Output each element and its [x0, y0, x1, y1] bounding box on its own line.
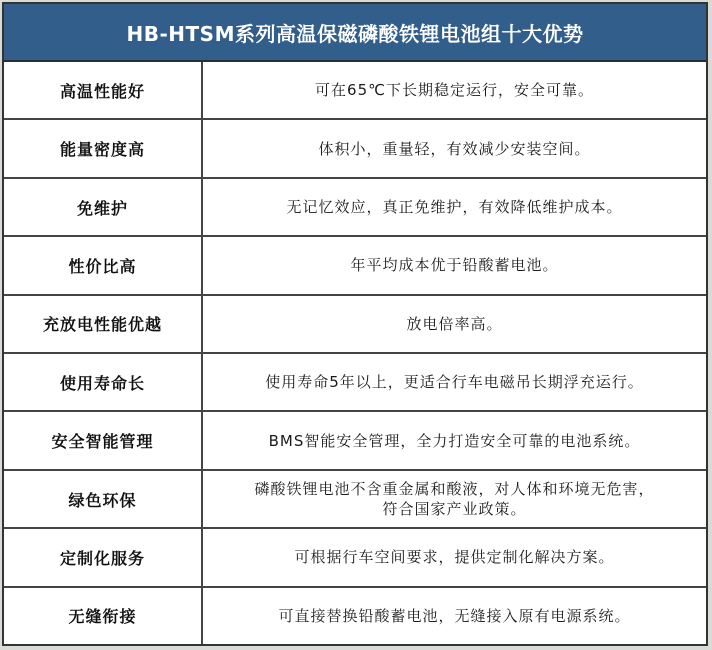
advantage-label: 充放电性能优越: [4, 296, 203, 352]
table-row: 能量密度高 体积小，重量轻，有效减少安装空间。: [4, 120, 706, 178]
advantage-label: 定制化服务: [4, 529, 203, 585]
advantage-description: 年平均成本优于铅酸蓄电池。: [203, 237, 706, 293]
table-row: 定制化服务 可根据行车空间要求，提供定制化解决方案。: [4, 529, 706, 587]
advantage-label: 绿色环保: [4, 471, 203, 527]
advantage-description: BMS智能安全管理，全力打造安全可靠的电池系统。: [203, 412, 706, 468]
table-row: 安全智能管理 BMS智能安全管理，全力打造安全可靠的电池系统。: [4, 412, 706, 470]
advantage-label: 安全智能管理: [4, 412, 203, 468]
advantage-label: 高温性能好: [4, 62, 203, 118]
advantages-table: HB-HTSM系列高温保磁磷酸铁锂电池组十大优势 高温性能好 可在65℃下长期稳…: [2, 2, 708, 646]
advantage-label: 能量密度高: [4, 120, 203, 176]
table-row: 充放电性能优越 放电倍率高。: [4, 296, 706, 354]
advantage-description: 可根据行车空间要求，提供定制化解决方案。: [203, 529, 706, 585]
table-row: 性价比高 年平均成本优于铅酸蓄电池。: [4, 237, 706, 295]
advantage-description: 放电倍率高。: [203, 296, 706, 352]
table-row: 绿色环保 磷酸铁锂电池不含重金属和酸液，对人体和环境无危害， 符合国家产业政策。: [4, 471, 706, 529]
advantage-description: 使用寿命5年以上，更适合行车电磁吊长期浮充运行。: [203, 354, 706, 410]
table-row: 使用寿命长 使用寿命5年以上，更适合行车电磁吊长期浮充运行。: [4, 354, 706, 412]
advantage-label: 使用寿命长: [4, 354, 203, 410]
advantage-label: 性价比高: [4, 237, 203, 293]
advantage-description: 磷酸铁锂电池不含重金属和酸液，对人体和环境无危害， 符合国家产业政策。: [203, 471, 706, 527]
advantage-description: 体积小，重量轻，有效减少安装空间。: [203, 120, 706, 176]
table-row: 高温性能好 可在65℃下长期稳定运行，安全可靠。: [4, 62, 706, 120]
advantage-description: 可直接替换铅酸蓄电池，无缝接入原有电源系统。: [203, 588, 706, 644]
advantage-description: 无记忆效应，真正免维护，有效降低维护成本。: [203, 179, 706, 235]
table-title: HB-HTSM系列高温保磁磷酸铁锂电池组十大优势: [4, 4, 706, 62]
advantage-label: 免维护: [4, 179, 203, 235]
advantage-description: 可在65℃下长期稳定运行，安全可靠。: [203, 62, 706, 118]
advantage-label: 无缝衔接: [4, 588, 203, 644]
table-row: 无缝衔接 可直接替换铅酸蓄电池，无缝接入原有电源系统。: [4, 588, 706, 644]
table-row: 免维护 无记忆效应，真正免维护，有效降低维护成本。: [4, 179, 706, 237]
